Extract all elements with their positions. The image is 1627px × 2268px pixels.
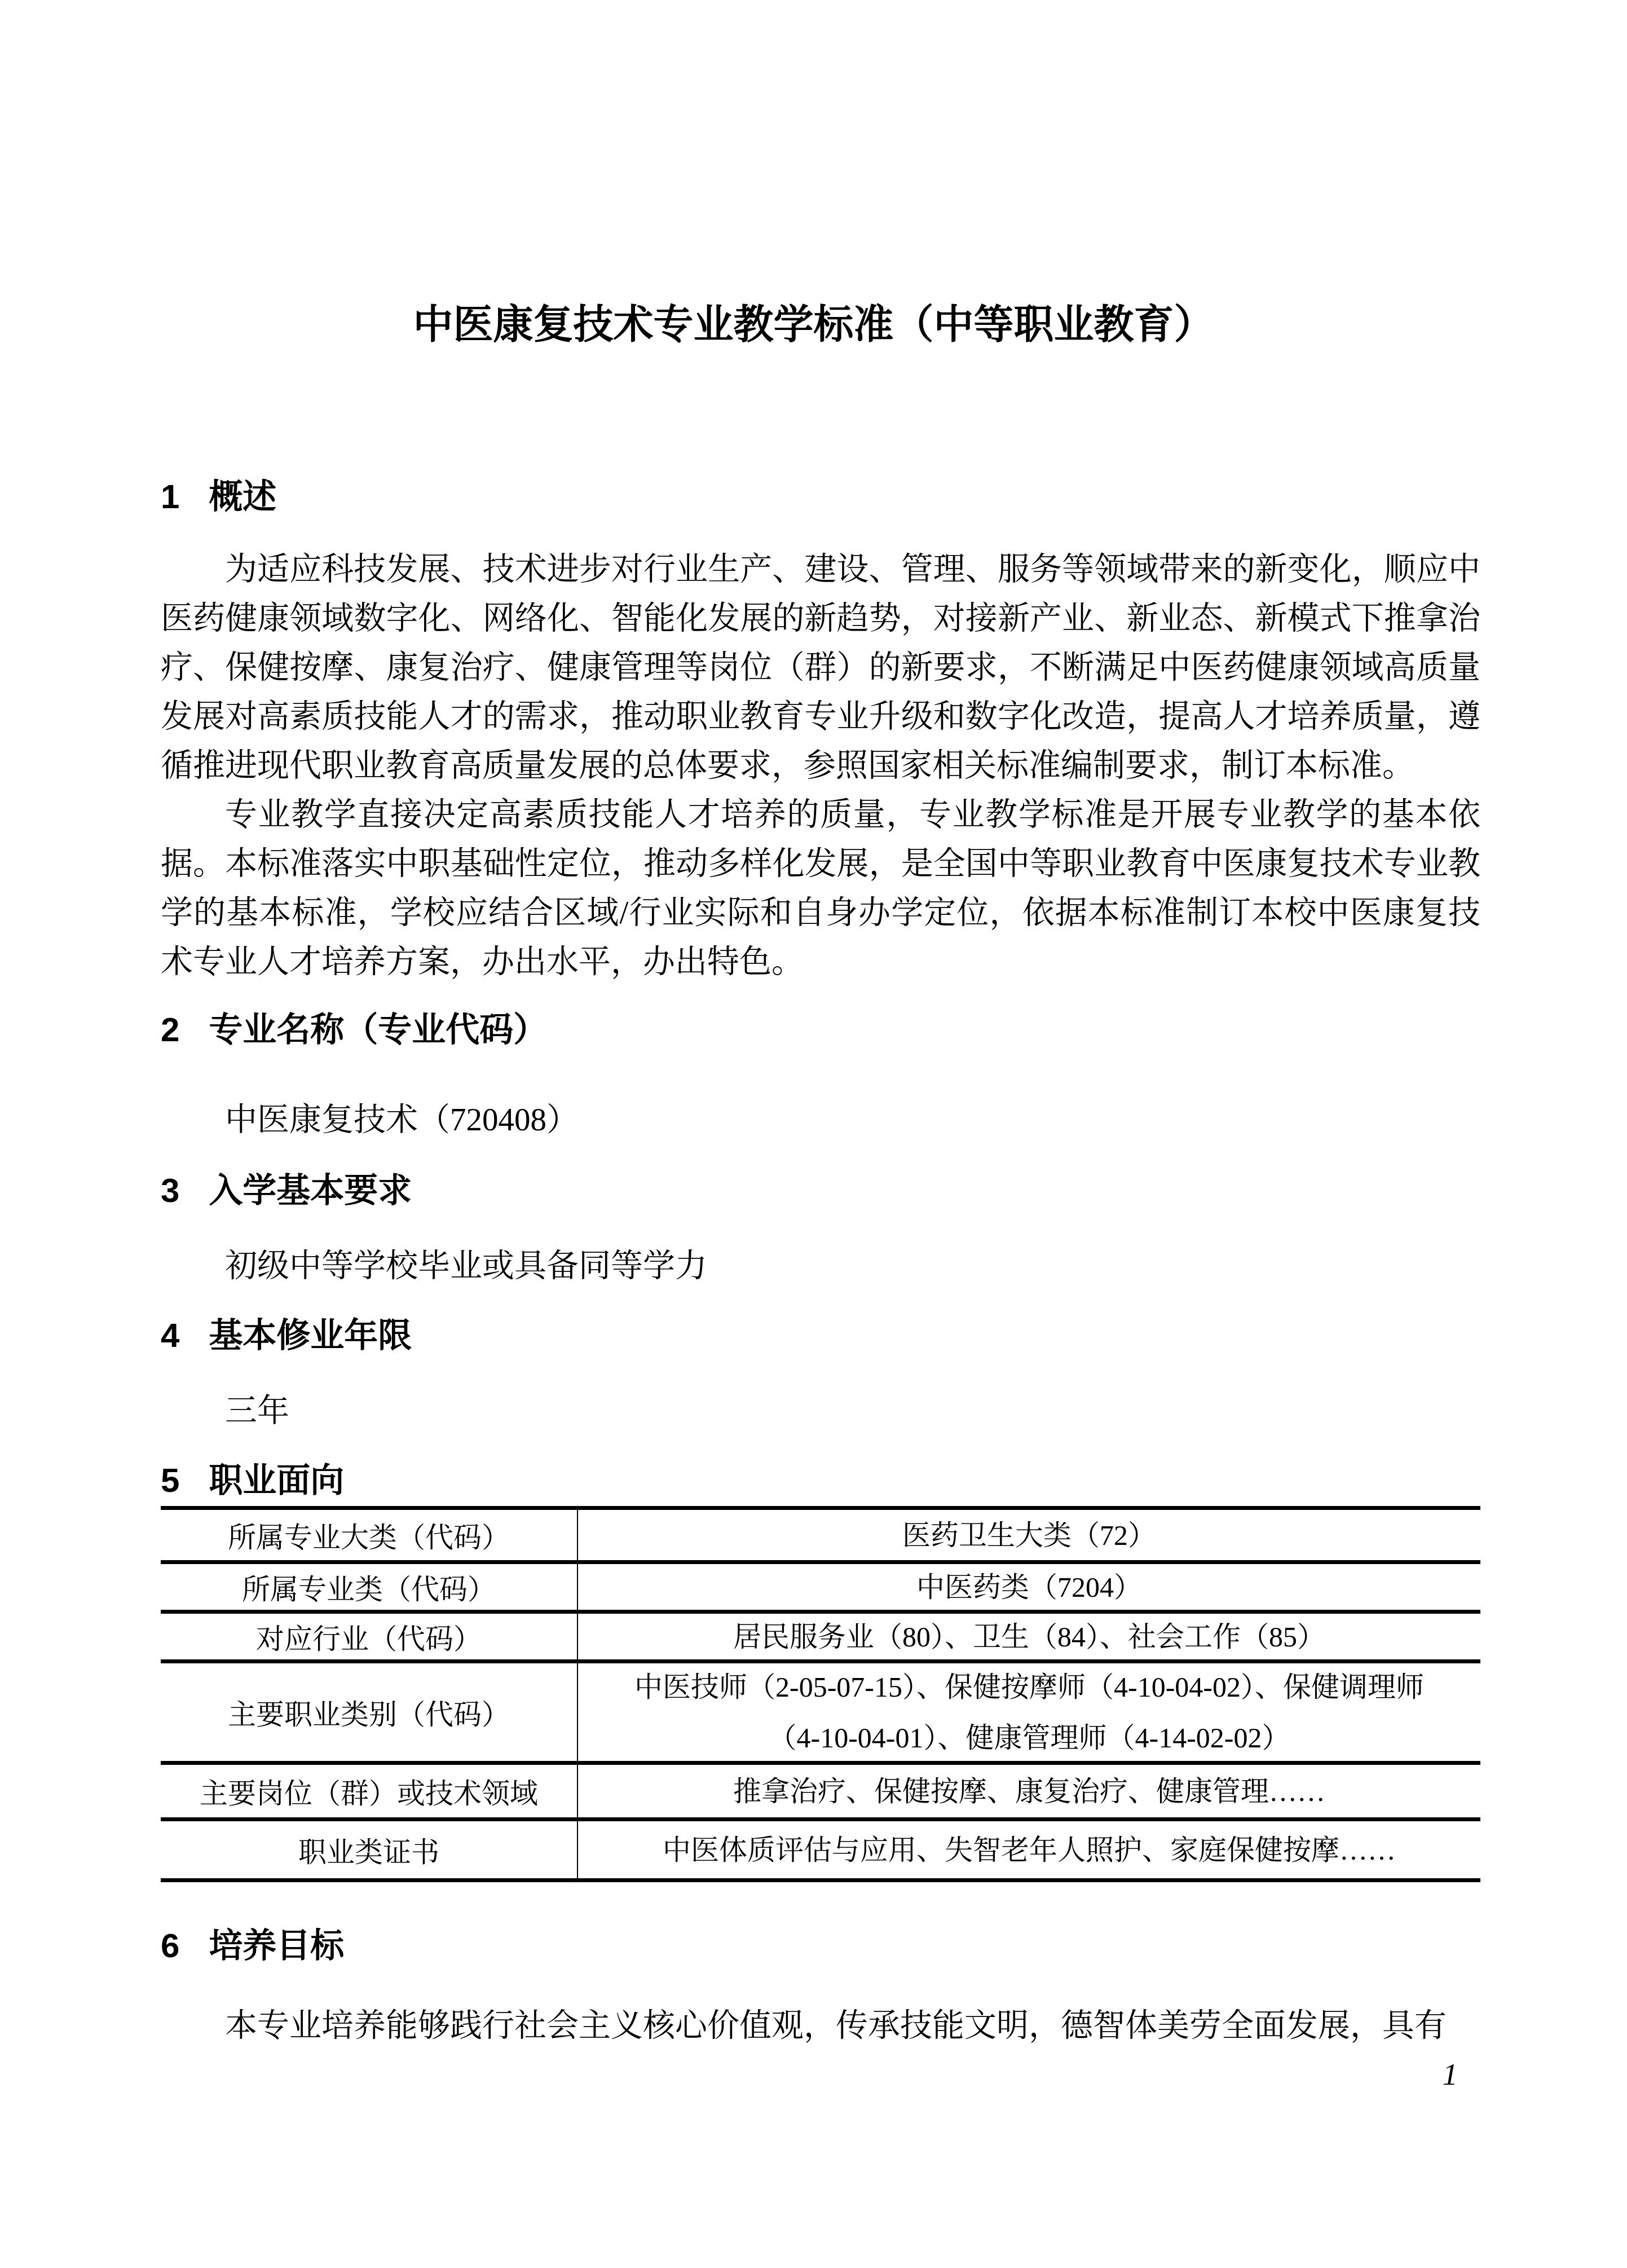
document-title: 中医康复技术专业教学标准（中等职业教育）	[0, 299, 1627, 351]
section-heading-overview: 1概述	[161, 477, 1480, 517]
training-objective-line: 本专业培养能够践行社会主义核心价值观，传承技能文明，德智体美劳全面发展，具有	[161, 2001, 1480, 2050]
table-value-line: 居民服务业（80）、卫生（84）、社会工作（85）	[733, 1611, 1325, 1662]
table-row: 所属专业类（代码） 中医药类（7204）	[161, 1564, 1480, 1614]
study-duration-line: 三年	[161, 1386, 1480, 1435]
section-number: 4	[161, 1316, 179, 1354]
section-heading-entry-requirement: 3入学基本要求	[161, 1170, 1480, 1211]
section-number: 3	[161, 1172, 179, 1209]
overview-body: 为适应科技发展、技术进步对行业生产、建设、管理、服务等领域带来的新变化，顺应中医…	[161, 545, 1480, 987]
overview-paragraph-1: 为适应科技发展、技术进步对行业生产、建设、管理、服务等领域带来的新变化，顺应中医…	[161, 545, 1480, 790]
table-label-cell: 主要职业类别（代码）	[161, 1663, 578, 1761]
section-heading-career-orientation: 5职业面向	[161, 1460, 1480, 1501]
section-title: 入学基本要求	[209, 1172, 412, 1209]
table-row: 职业类证书 中医体质评估与应用、失智老年人照护、家庭保健按摩……	[161, 1821, 1480, 1878]
table-value-cell: 医药卫生大类（72）	[578, 1510, 1480, 1560]
document-page: 中医康复技术专业教学标准（中等职业教育） 1概述 为适应科技发展、技术进步对行业…	[0, 0, 1627, 2268]
table-value-line: （4-10-04-01）、健康管理师（4-14-02-02）	[769, 1712, 1290, 1763]
table-value-line: 医药卫生大类（72）	[902, 1510, 1156, 1561]
table-value-line: 中医技师（2-05-07-15）、保健按摩师（4-10-04-02）、保健调理师	[634, 1662, 1424, 1712]
table-row: 对应行业（代码） 居民服务业（80）、卫生（84）、社会工作（85）	[161, 1614, 1480, 1663]
entry-requirement-line: 初级中等学校毕业或具备同等学力	[161, 1241, 1480, 1291]
page-number: 1	[1443, 2058, 1458, 2091]
table-value-cell: 中医药类（7204）	[578, 1564, 1480, 1610]
section-number: 2	[161, 1011, 179, 1049]
table-row: 主要岗位（群）或技术领域 推拿治疗、保健按摩、康复治疗、健康管理……	[161, 1765, 1480, 1821]
section-number: 5	[161, 1461, 179, 1499]
table-label-cell: 主要岗位（群）或技术领域	[161, 1765, 578, 1817]
table-label-cell: 所属专业类（代码）	[161, 1564, 578, 1610]
career-orientation-table: 所属专业大类（代码） 医药卫生大类（72） 所属专业类（代码） 中医药类（720…	[161, 1506, 1480, 1882]
table-value-line: 中医药类（7204）	[916, 1562, 1142, 1613]
major-name-line: 中医康复技术（720408）	[161, 1095, 1480, 1144]
section-title: 专业名称（专业代码）	[209, 1011, 547, 1049]
table-value-cell: 中医体质评估与应用、失智老年人照护、家庭保健按摩……	[578, 1821, 1480, 1878]
section-title: 基本修业年限	[209, 1316, 412, 1354]
table-label-cell: 职业类证书	[161, 1821, 578, 1878]
table-value-cell: 推拿治疗、保健按摩、康复治疗、健康管理……	[578, 1765, 1480, 1817]
section-heading-major-name: 2专业名称（专业代码）	[161, 1010, 1480, 1050]
section-number: 6	[161, 1927, 179, 1965]
section-number: 1	[161, 478, 179, 516]
table-value-line: 中医体质评估与应用、失智老年人照护、家庭保健按摩……	[663, 1825, 1396, 1875]
table-row: 所属专业大类（代码） 医药卫生大类（72）	[161, 1510, 1480, 1564]
section-title: 职业面向	[209, 1461, 344, 1499]
section-heading-training-objective: 6培养目标	[161, 1926, 1480, 1966]
table-label-cell: 对应行业（代码）	[161, 1614, 578, 1659]
overview-paragraph-2: 专业教学直接决定高素质技能人才培养的质量，专业教学标准是开展专业教学的基本依据。…	[161, 790, 1480, 987]
table-row: 主要职业类别（代码） 中医技师（2-05-07-15）、保健按摩师（4-10-0…	[161, 1663, 1480, 1765]
table-value-cell: 居民服务业（80）、卫生（84）、社会工作（85）	[578, 1614, 1480, 1659]
section-heading-study-duration: 4基本修业年限	[161, 1315, 1480, 1356]
table-value-line: 推拿治疗、保健按摩、康复治疗、健康管理……	[733, 1766, 1325, 1817]
table-value-cell: 中医技师（2-05-07-15）、保健按摩师（4-10-04-02）、保健调理师…	[578, 1663, 1480, 1761]
section-title: 概述	[209, 478, 276, 516]
section-title: 培养目标	[209, 1927, 344, 1965]
table-label-cell: 所属专业大类（代码）	[161, 1510, 578, 1560]
